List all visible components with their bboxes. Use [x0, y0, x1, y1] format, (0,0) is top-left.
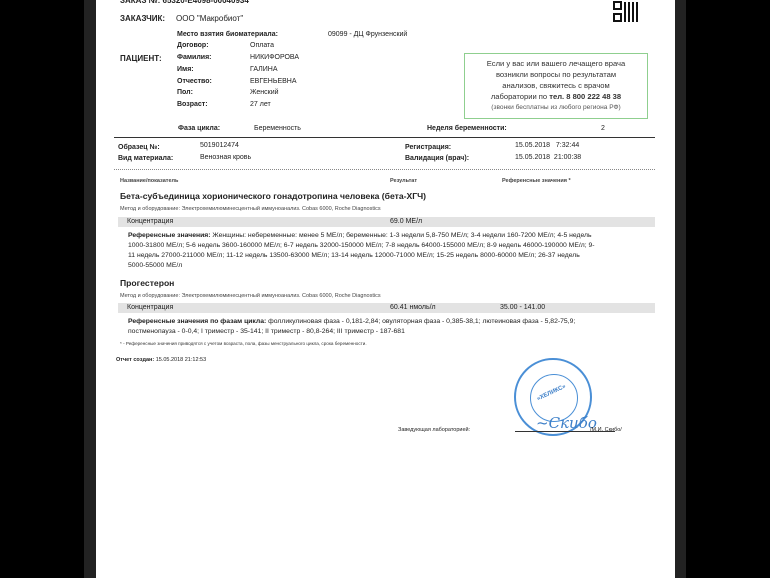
field-value: НИКИФОРОВА — [250, 54, 299, 61]
viewer-left-gutter — [84, 0, 96, 578]
hotline-phone: тел. 8 800 222 48 38 — [549, 92, 621, 101]
info-line: лаборатории по тел. 8 800 222 48 38 — [465, 91, 647, 102]
order-value: 65320-E4098-00040934 — [163, 0, 249, 5]
info-line: возникли вопросы по результатам — [465, 69, 647, 80]
viewer-right-gutter — [675, 0, 686, 578]
validation-label: Валидация (врач): — [405, 155, 469, 162]
field-label: Фамилия: — [177, 54, 212, 61]
field-label: Имя: — [177, 66, 194, 73]
field-value: Женский — [250, 89, 279, 96]
field-value: Оплата — [250, 42, 274, 49]
field-label: Отчество: — [177, 78, 212, 85]
field-label: Договор: — [177, 42, 209, 49]
dotted-divider — [114, 169, 655, 170]
reference-label: Референсные значения по фазам цикла: — [128, 318, 266, 325]
signature-label: Заведующая лабораторией: — [398, 427, 470, 433]
test-method: Метод и оборудование: Электрохемилюминес… — [120, 206, 381, 212]
result-param: Концентрация — [127, 304, 173, 311]
field-label: Пол: — [177, 89, 193, 96]
material-value: Венозная кровь — [200, 154, 251, 161]
cycle-phase-label: Фаза цикла: — [178, 125, 220, 132]
pregnancy-week-value: 2 — [601, 125, 605, 132]
reference-notes: Референсные значения по фазам цикла: фол… — [128, 317, 598, 337]
info-line: Если у вас или вашего лечащего врача — [465, 58, 647, 69]
field-value: 27 лет — [250, 101, 271, 108]
field-value: ЕВГЕНЬЕВНА — [250, 78, 297, 85]
col-header-result: Результат — [390, 178, 417, 184]
report-created-label: Отчет создан: — [116, 357, 154, 363]
col-header-name: Название/показатель — [120, 178, 178, 184]
order-number: ЗАКАЗ №: 65320-E4098-00040934 — [120, 0, 249, 5]
col-header-reference: Референсные значения * — [502, 178, 571, 184]
cycle-phase-value: Беременность — [254, 125, 301, 132]
info-prefix: лаборатории по — [491, 92, 549, 101]
field-value: 09099 - ДЦ Фрунзенский — [328, 31, 407, 38]
qr-code-icon — [612, 0, 642, 24]
reference-label: Референсные значения: — [128, 232, 211, 239]
test-title: Прогестерон — [120, 278, 174, 288]
section-divider — [114, 137, 655, 138]
result-value: 60.41 нмоль/л — [390, 304, 436, 311]
registration-label: Регистрация: — [405, 144, 451, 151]
test-title: Бета-субъединица хорионического гонадотр… — [120, 191, 426, 201]
field-label: Место взятия биоматериала: — [177, 31, 278, 38]
order-label: ЗАКАЗ №: — [120, 0, 160, 5]
result-value: 69.0 МЕ/л — [390, 218, 422, 225]
validation-value: 15.05.2018 21:00:38 — [515, 154, 581, 161]
result-row — [118, 303, 655, 313]
report-created-value: 15.05.2018 21:12:53 — [156, 357, 206, 363]
field-value: ГАЛИНА — [250, 66, 278, 73]
report-created: Отчет создан: 15.05.2018 21:12:53 — [116, 357, 206, 363]
result-param: Концентрация — [127, 218, 173, 225]
info-note: (звонки бесплатны из любого региона РФ) — [465, 102, 647, 113]
sample-no-label: Образец №: — [118, 144, 160, 151]
result-row — [118, 217, 655, 227]
customer-label: ЗАКАЗЧИК: — [120, 14, 165, 23]
footnote: * - Референсные значения приводятся с уч… — [120, 341, 367, 346]
patient-section-label: ПАЦИЕНТ: — [120, 54, 162, 63]
lab-report-page: ЗАКАЗ №: 65320-E4098-00040934 ЗАКАЗЧИК: … — [96, 0, 675, 578]
test-method: Метод и оборудование: Электрохемилюминес… — [120, 293, 381, 299]
customer-value: ООО "Макробиот" — [176, 14, 243, 23]
registration-value: 15.05.2018 7:32:44 — [515, 142, 579, 149]
handwritten-signature-icon: ~Скибо — [536, 414, 597, 432]
sample-no-value: 5019012474 — [200, 142, 239, 149]
field-label: Возраст: — [177, 101, 208, 108]
info-line: анализов, свяжитесь с врачом — [465, 80, 647, 91]
signatory-name: /М.И. Скибо/ — [590, 427, 622, 433]
pregnancy-week-label: Неделя беременности: — [427, 125, 507, 132]
contact-info-box: Если у вас или вашего лечащего врача воз… — [464, 53, 648, 119]
material-label: Вид материала: — [118, 155, 173, 162]
reference-range: 35.00 - 141.00 — [500, 304, 545, 311]
reference-notes: Референсные значения: Женщины: неберемен… — [128, 231, 598, 271]
